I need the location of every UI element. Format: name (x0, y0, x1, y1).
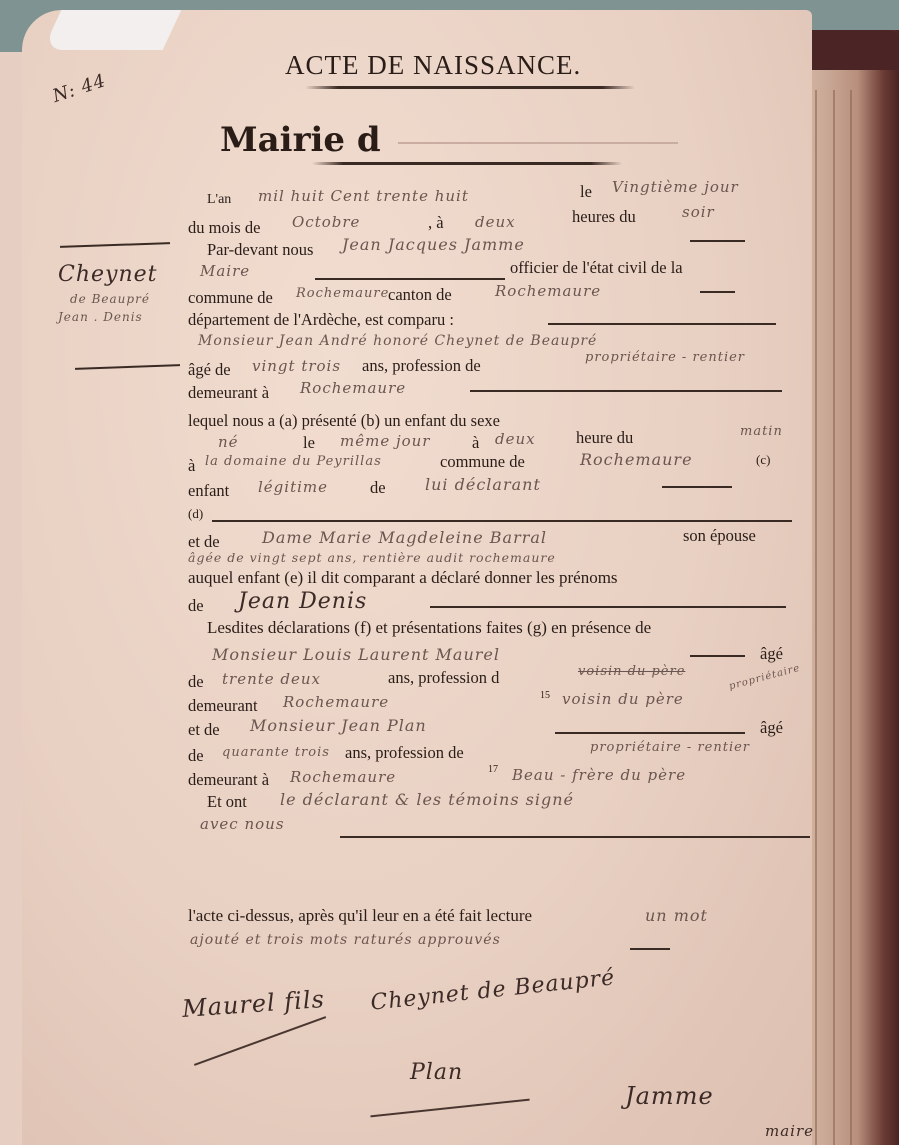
age-label: âgé de (188, 360, 231, 380)
ne-jour-value: même jour (340, 432, 430, 450)
ans-profession2-label: ans, profession de (345, 743, 464, 763)
officier-label: officier de l'état civil de la (510, 258, 683, 278)
le2-label: le (303, 433, 315, 453)
an-label: L'an (207, 192, 231, 208)
previous-page-edge (0, 52, 24, 1145)
lecture-note1: un mot (645, 906, 708, 925)
de-label: de (370, 478, 386, 498)
temoin1-age: trente deux (222, 670, 321, 688)
margin-line3: Jean . Denis (58, 310, 143, 324)
signature-plan: Plan (410, 1060, 463, 1085)
temoin1-residence: Rochemaure (283, 693, 389, 711)
signature-title: maire (765, 1122, 814, 1140)
signed-value: le déclarant & les témoins signé (280, 790, 574, 809)
blank-line (340, 836, 810, 838)
ne-value: né (218, 433, 239, 451)
ans-profession1-label: ans, profession d (388, 668, 499, 688)
blank-line (315, 278, 505, 280)
son-epouse-label: son épouse (683, 526, 756, 546)
canton-label: canton de (388, 285, 452, 305)
an-value: mil huit Cent trente huit (258, 187, 469, 205)
blank-line (548, 323, 776, 325)
etde-label: et de (188, 532, 220, 552)
enfant-value: légitime (258, 478, 328, 496)
lecture-label: l'acte ci-dessus, après qu'il leur en a … (188, 906, 532, 926)
demeurant1-label: demeurant (188, 696, 258, 716)
comparant-value: Monsieur Jean André honoré Cheynet de Be… (198, 333, 597, 349)
temoin1-value: Monsieur Louis Laurent Maurel (212, 645, 500, 664)
enfant-label: enfant (188, 481, 229, 501)
etont-label: Et ont (207, 792, 247, 812)
ans-profession-label: ans, profession de (362, 356, 481, 376)
de2-label: de (188, 746, 204, 766)
heures-label: heures du (572, 207, 636, 227)
a-label: , à (428, 213, 444, 233)
signed-value2: avec nous (200, 815, 285, 833)
auquel-label: auquel enfant (e) il dit comparant a déc… (188, 568, 618, 588)
le-label: le (580, 182, 592, 202)
age2-label: âgé (760, 718, 783, 738)
blank-line (212, 520, 792, 522)
demeurant-label: demeurant à (188, 383, 269, 403)
margin-line2: de Beaupré (70, 292, 150, 306)
commune-label: commune de (188, 288, 273, 308)
profession-value: propriétaire - rentier (585, 350, 745, 365)
commune2-label: commune de (440, 452, 525, 472)
temoin1-profession-struck: voisin du père (578, 664, 685, 679)
book-cover-top (800, 30, 899, 70)
title-rule (305, 86, 635, 89)
lecture-note2: ajouté et trois mots raturés approuvés (190, 932, 501, 948)
footnote-17: 17 (488, 764, 498, 775)
blank-line (662, 486, 732, 488)
etde2-label: et de (188, 720, 220, 740)
mairie-rule (312, 162, 622, 165)
commune-value: Rochemaure (296, 286, 389, 301)
canton-value: Rochemaure (495, 282, 601, 300)
pere-value: lui déclarant (425, 475, 541, 494)
marker-c: (c) (756, 452, 770, 468)
blank-line (555, 732, 745, 734)
margin-surname: Cheynet (58, 262, 157, 287)
blank-line (630, 948, 670, 950)
ne-heure-value: deux (495, 430, 536, 448)
period-value: soir (682, 203, 715, 221)
heure-value: deux (475, 213, 516, 231)
demeurant-value: Rochemaure (300, 379, 406, 397)
signature-jamme: Jamme (625, 1082, 714, 1110)
blank-line (690, 240, 745, 242)
jour-value: Vingtième jour (612, 178, 739, 196)
demeurant2-label: demeurant à (188, 770, 269, 790)
de-prenoms-label: de (188, 596, 204, 616)
mairie-blank (398, 142, 678, 144)
age-value: vingt trois (252, 357, 341, 375)
prenoms-value: Jean Denis (238, 589, 367, 614)
de1-label: de (188, 672, 204, 692)
temoin2-profession: propriétaire - rentier (590, 740, 750, 755)
officer-title: Maire (200, 262, 250, 280)
temoin2-age: quarante trois (222, 745, 330, 760)
officer-name: Jean Jacques Jamme (342, 235, 525, 254)
page-title: ACTE DE NAISSANCE. (285, 50, 581, 81)
a2-label: à (472, 433, 479, 453)
mere-value: Dame Marie Magdeleine Barral (262, 528, 547, 547)
ne-period-value: matin (740, 424, 783, 439)
lesdites-label: Lesdites déclarations (f) et présentatio… (207, 618, 651, 638)
mois-value: Octobre (292, 213, 360, 231)
mere-details: âgée de vingt sept ans, rentière audit r… (188, 550, 556, 565)
lieu-prefix: à (188, 456, 195, 476)
marker-d: (d) (188, 506, 203, 522)
heure-label: heure du (576, 428, 633, 448)
temoin2-residence: Rochemaure (290, 768, 396, 786)
temoin2-value: Monsieur Jean Plan (250, 716, 427, 735)
footnote-15: 15 (540, 690, 550, 701)
mairie-heading: Mairie d (220, 120, 381, 160)
mois-label: du mois de (188, 218, 260, 238)
temoin2-relation: Beau - frère du père (512, 766, 686, 784)
blank-line (470, 390, 782, 392)
lequel-label: lequel nous a (a) présenté (b) un enfant… (188, 411, 500, 431)
blank-line (690, 655, 745, 657)
folded-corner (43, 10, 182, 50)
blank-line (430, 606, 786, 608)
commune2-value: Rochemaure (580, 450, 693, 469)
departement-label: département de l'Ardèche, est comparu : (188, 310, 454, 330)
age1-label: âgé (760, 644, 783, 664)
temoin1-relation: voisin du père (562, 690, 684, 708)
lieu-value: la domaine du Peyrillas (205, 454, 382, 469)
pardevant-label: Par-devant nous (207, 240, 313, 260)
blank-line (700, 291, 735, 293)
